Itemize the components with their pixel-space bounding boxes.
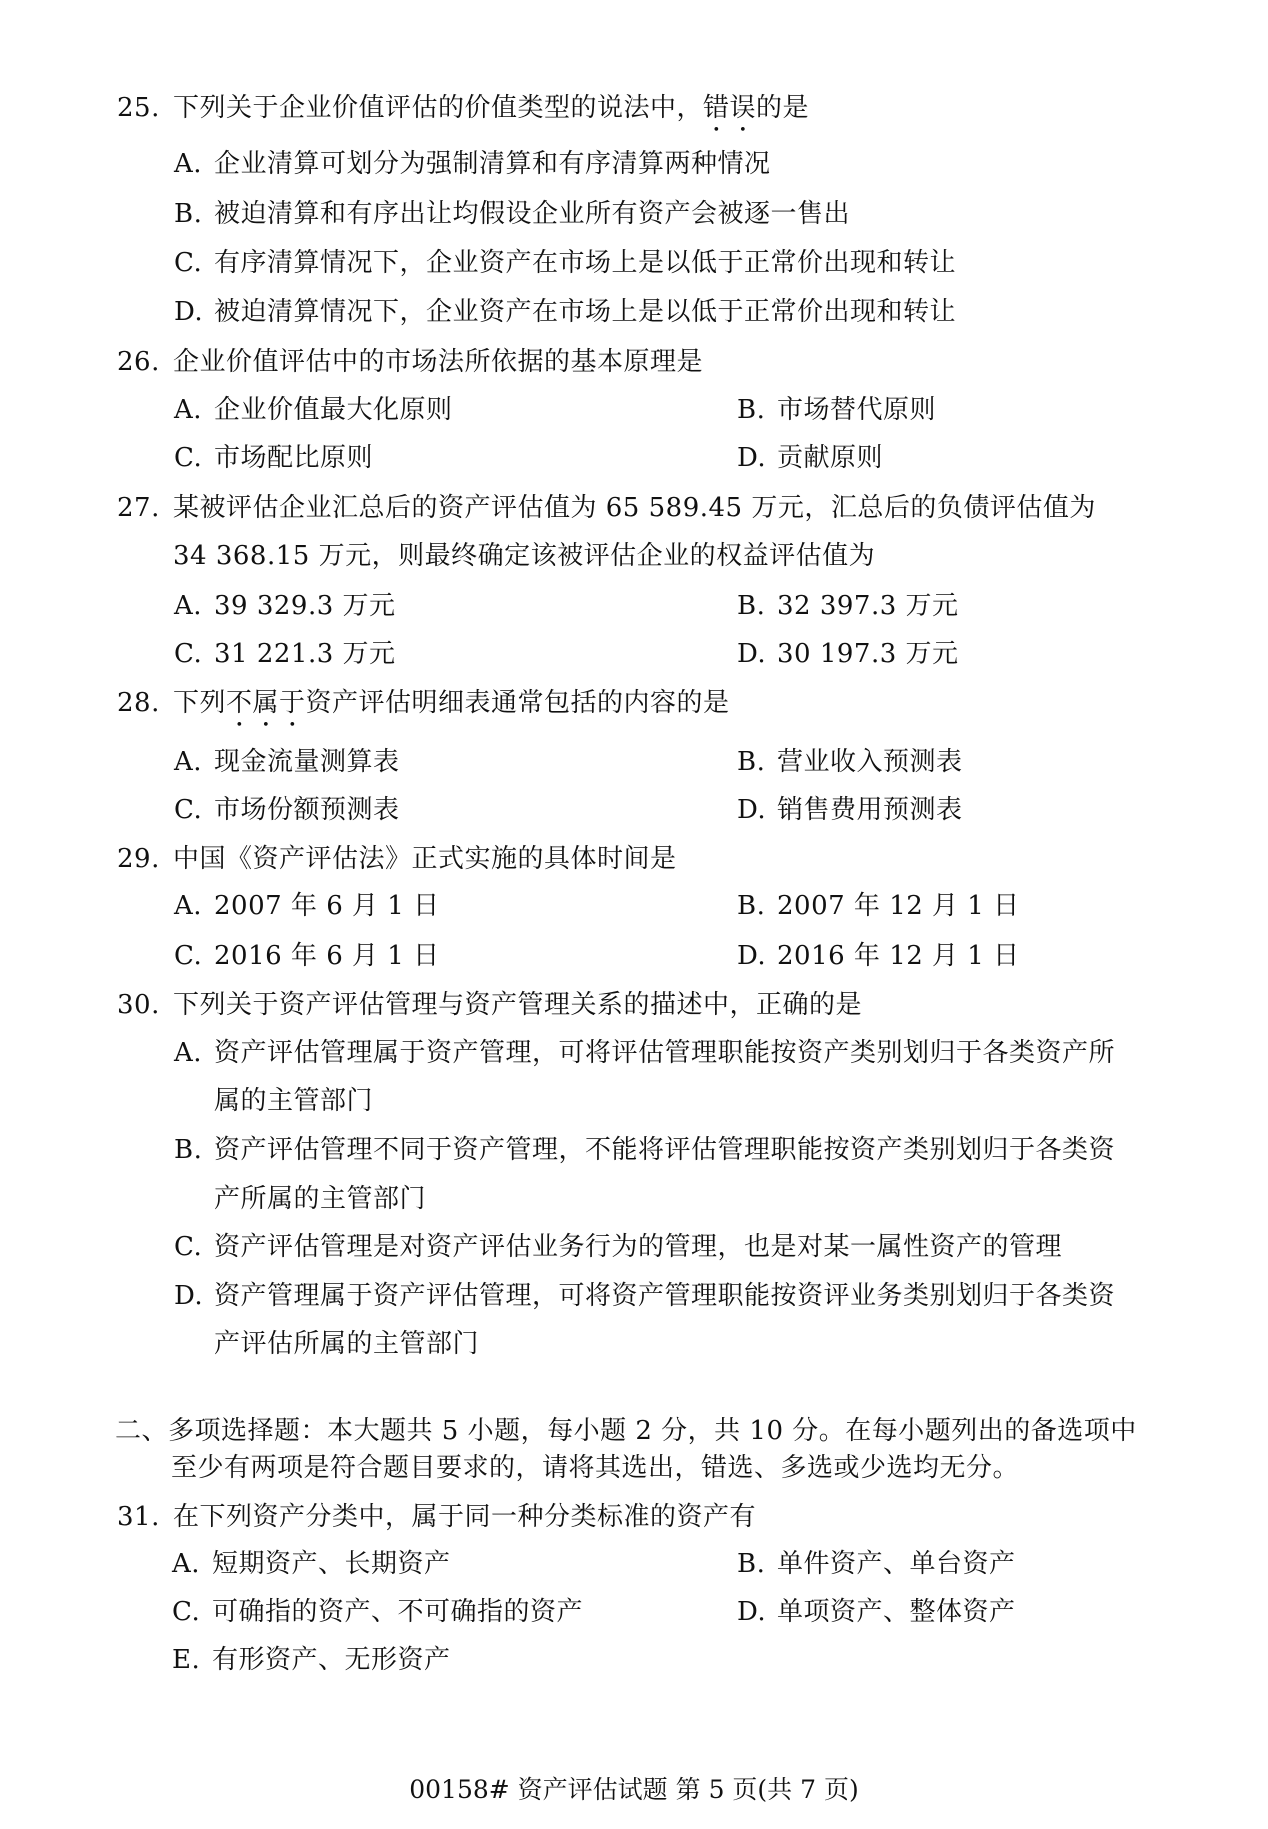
option-text: 销售费用预测表 [777,795,963,825]
option-text: 市场替代原则 [777,395,936,425]
stem-text: 下列 [173,688,226,718]
option-label: A. [174,889,214,923]
option-text: 市场配比原则 [214,443,373,473]
stem-text: 的是 [756,93,809,123]
option-30-d-cont: 产评估所属的主管部门 [214,1327,479,1361]
option-29-c: C.2016 年 6 月 1 日 [174,939,440,973]
question-30-stem: 30.下列关于资产评估管理与资产管理关系的描述中，正确的是 [117,988,862,1022]
option-29-d: D.2016 年 12 月 1 日 [737,939,1020,973]
option-text: 2007 年 12 月 1 日 [777,891,1020,921]
option-text: 2007 年 6 月 1 日 [214,891,440,921]
option-25-a: A.企业清算可划分为强制清算和有序清算两种情况 [174,147,771,181]
question-number: 25. [117,91,173,125]
option-text: 有形资产、无形资产 [212,1645,451,1675]
option-25-b: B.被迫清算和有序出让均假设企业所有资产会被逐一售出 [174,197,850,231]
question-27-stem: 27.某被评估企业汇总后的资产评估值为 65 589.45 万元，汇总后的负债评… [117,491,1096,525]
option-label: D. [737,441,777,475]
option-text: 资产评估管理不同于资产管理，不能将评估管理职能按资产类别划归于各类资 [214,1135,1115,1165]
option-30-c: C.资产评估管理是对资产评估业务行为的管理，也是对某一属性资产的管理 [174,1230,1062,1264]
option-29-b: B.2007 年 12 月 1 日 [737,889,1020,923]
question-number: 28. [117,686,173,720]
option-31-d: D.单项资产、整体资产 [737,1595,1016,1629]
section-text: 二、多项选择题：本大题共 5 小题，每小题 2 分，共 10 分。在每小题列出的… [115,1416,1137,1446]
option-text: 资产评估管理是对资产评估业务行为的管理，也是对某一属性资产的管理 [214,1232,1062,1262]
section-2-heading: 二、多项选择题：本大题共 5 小题，每小题 2 分，共 10 分。在每小题列出的… [115,1414,1137,1448]
option-text: 资产评估管理属于资产管理，可将评估管理职能按资产类别划归于各类资产所 [214,1038,1115,1068]
option-label: E. [172,1643,212,1677]
option-text: 单件资产、单台资产 [777,1549,1016,1579]
option-label: D. [737,939,777,973]
option-31-a: A.短期资产、长期资产 [172,1547,451,1581]
stem-text: 资产评估明细表通常包括的内容的是 [306,688,730,718]
option-27-b: B.32 397.3 万元 [737,589,959,623]
question-27-stem-cont: 34 368.15 万元，则最终确定该被评估企业的权益评估值为 [173,539,875,573]
option-label: C. [174,939,214,973]
option-28-c: C.市场份额预测表 [174,793,400,827]
option-label: D. [737,793,777,827]
option-label: C. [174,246,214,280]
option-label: B. [737,393,777,427]
option-text: 被迫清算和有序出让均假设企业所有资产会被逐一售出 [214,199,850,229]
option-text: 单项资产、整体资产 [777,1597,1016,1627]
option-30-a: A.资产评估管理属于资产管理，可将评估管理职能按资产类别划归于各类资产所 [174,1036,1115,1070]
option-label: D. [174,295,214,329]
option-label: B. [737,589,777,623]
question-number: 26. [117,345,173,379]
option-text: 市场份额预测表 [214,795,400,825]
section-text: 至少有两项是符合题目要求的，请将其选出，错选、多选或少选均无分。 [171,1453,1019,1483]
option-text: 营业收入预测表 [777,747,963,777]
option-label: C. [174,1230,214,1264]
option-30-d: D.资产管理属于资产评估管理，可将资产管理职能按资评业务类别划归于各类资 [174,1279,1115,1313]
option-text: 可确指的资产、不可确指的资产 [212,1597,583,1627]
option-28-d: D.销售费用预测表 [737,793,963,827]
option-28-b: B.营业收入预测表 [737,745,963,779]
question-31-stem: 31.在下列资产分类中，属于同一种分类标准的资产有 [117,1500,756,1534]
section-2-heading-cont: 至少有两项是符合题目要求的，请将其选出，错选、多选或少选均无分。 [171,1451,1019,1485]
option-label: A. [174,393,214,427]
option-text: 39 329.3 万元 [214,591,396,621]
option-26-a: A.企业价值最大化原则 [174,393,453,427]
option-31-c: C.可确指的资产、不可确指的资产 [172,1595,583,1629]
option-label: D. [737,637,777,671]
option-label: B. [737,745,777,779]
option-label: A. [172,1547,212,1581]
option-text: 有序清算情况下，企业资产在市场上是以低于正常价出现和转让 [214,248,956,278]
question-number: 31. [117,1500,173,1534]
question-25-stem: 25.下列关于企业价值评估的价值类型的说法中，错误的是 [117,91,809,138]
option-26-b: B.市场替代原则 [737,393,936,427]
stem-text: 在下列资产分类中，属于同一种分类标准的资产有 [173,1502,756,1532]
option-30-b-cont: 产所属的主管部门 [214,1182,426,1216]
option-label: B. [174,1133,214,1167]
option-text: 2016 年 6 月 1 日 [214,941,440,971]
option-text: 31 221.3 万元 [214,639,396,669]
option-31-b: B.单件资产、单台资产 [737,1547,1016,1581]
option-text: 企业清算可划分为强制清算和有序清算两种情况 [214,149,771,179]
option-text: 现金流量测算表 [214,747,400,777]
option-25-c: C.有序清算情况下，企业资产在市场上是以低于正常价出现和转让 [174,246,956,280]
option-25-d: D.被迫清算情况下，企业资产在市场上是以低于正常价出现和转让 [174,295,956,329]
stem-text: 中国《资产评估法》正式实施的具体时间是 [173,844,677,874]
option-label: A. [174,147,214,181]
option-label: A. [174,1036,214,1070]
option-label: A. [174,589,214,623]
option-label: B. [737,1547,777,1581]
option-label: C. [174,793,214,827]
option-29-a: A.2007 年 6 月 1 日 [174,889,440,923]
question-26-stem: 26.企业价值评估中的市场法所依据的基本原理是 [117,345,703,379]
page-footer: 00158# 资产评估试题 第 5 页(共 7 页) [0,1770,1268,1806]
option-label: D. [737,1595,777,1629]
option-26-d: D.贡献原则 [737,441,883,475]
option-label: B. [737,889,777,923]
option-label: C. [172,1595,212,1629]
option-text: 属的主管部门 [214,1086,373,1116]
option-28-a: A.现金流量测算表 [174,745,400,779]
option-label: C. [174,637,214,671]
option-label: A. [174,745,214,779]
option-text: 被迫清算情况下，企业资产在市场上是以低于正常价出现和转让 [214,297,956,327]
option-30-a-cont: 属的主管部门 [214,1084,373,1118]
stem-text: 某被评估企业汇总后的资产评估值为 65 589.45 万元，汇总后的负债评估值为 [173,493,1096,523]
question-number: 30. [117,988,173,1022]
option-text: 资产管理属于资产评估管理，可将资产管理职能按资评业务类别划归于各类资 [214,1281,1115,1311]
option-text: 产所属的主管部门 [214,1184,426,1214]
option-27-d: D.30 197.3 万元 [737,637,959,671]
question-number: 27. [117,491,173,525]
stem-text: 下列关于资产评估管理与资产管理关系的描述中，正确的是 [173,990,862,1020]
stem-text: 下列关于企业价值评估的价值类型的说法中， [173,93,703,123]
option-text: 短期资产、长期资产 [212,1549,451,1579]
emphasis-text: 错误 [703,93,756,123]
option-31-e: E.有形资产、无形资产 [172,1643,451,1677]
option-text: 30 197.3 万元 [777,639,959,669]
emphasis-text: 不属于 [226,688,306,718]
option-text: 企业价值最大化原则 [214,395,453,425]
option-label: C. [174,441,214,475]
question-number: 29. [117,842,173,876]
option-text: 2016 年 12 月 1 日 [777,941,1020,971]
option-30-b: B.资产评估管理不同于资产管理，不能将评估管理职能按资产类别划归于各类资 [174,1133,1115,1167]
option-text: 贡献原则 [777,443,883,473]
question-28-stem: 28.下列不属于资产评估明细表通常包括的内容的是 [117,686,730,733]
stem-text: 34 368.15 万元，则最终确定该被评估企业的权益评估值为 [173,541,875,571]
option-26-c: C.市场配比原则 [174,441,373,475]
stem-text: 企业价值评估中的市场法所依据的基本原理是 [173,347,703,377]
option-text: 32 397.3 万元 [777,591,959,621]
option-27-c: C.31 221.3 万元 [174,637,396,671]
option-text: 产评估所属的主管部门 [214,1329,479,1359]
question-29-stem: 29.中国《资产评估法》正式实施的具体时间是 [117,842,677,876]
option-label: B. [174,197,214,231]
option-27-a: A.39 329.3 万元 [174,589,396,623]
option-label: D. [174,1279,214,1313]
